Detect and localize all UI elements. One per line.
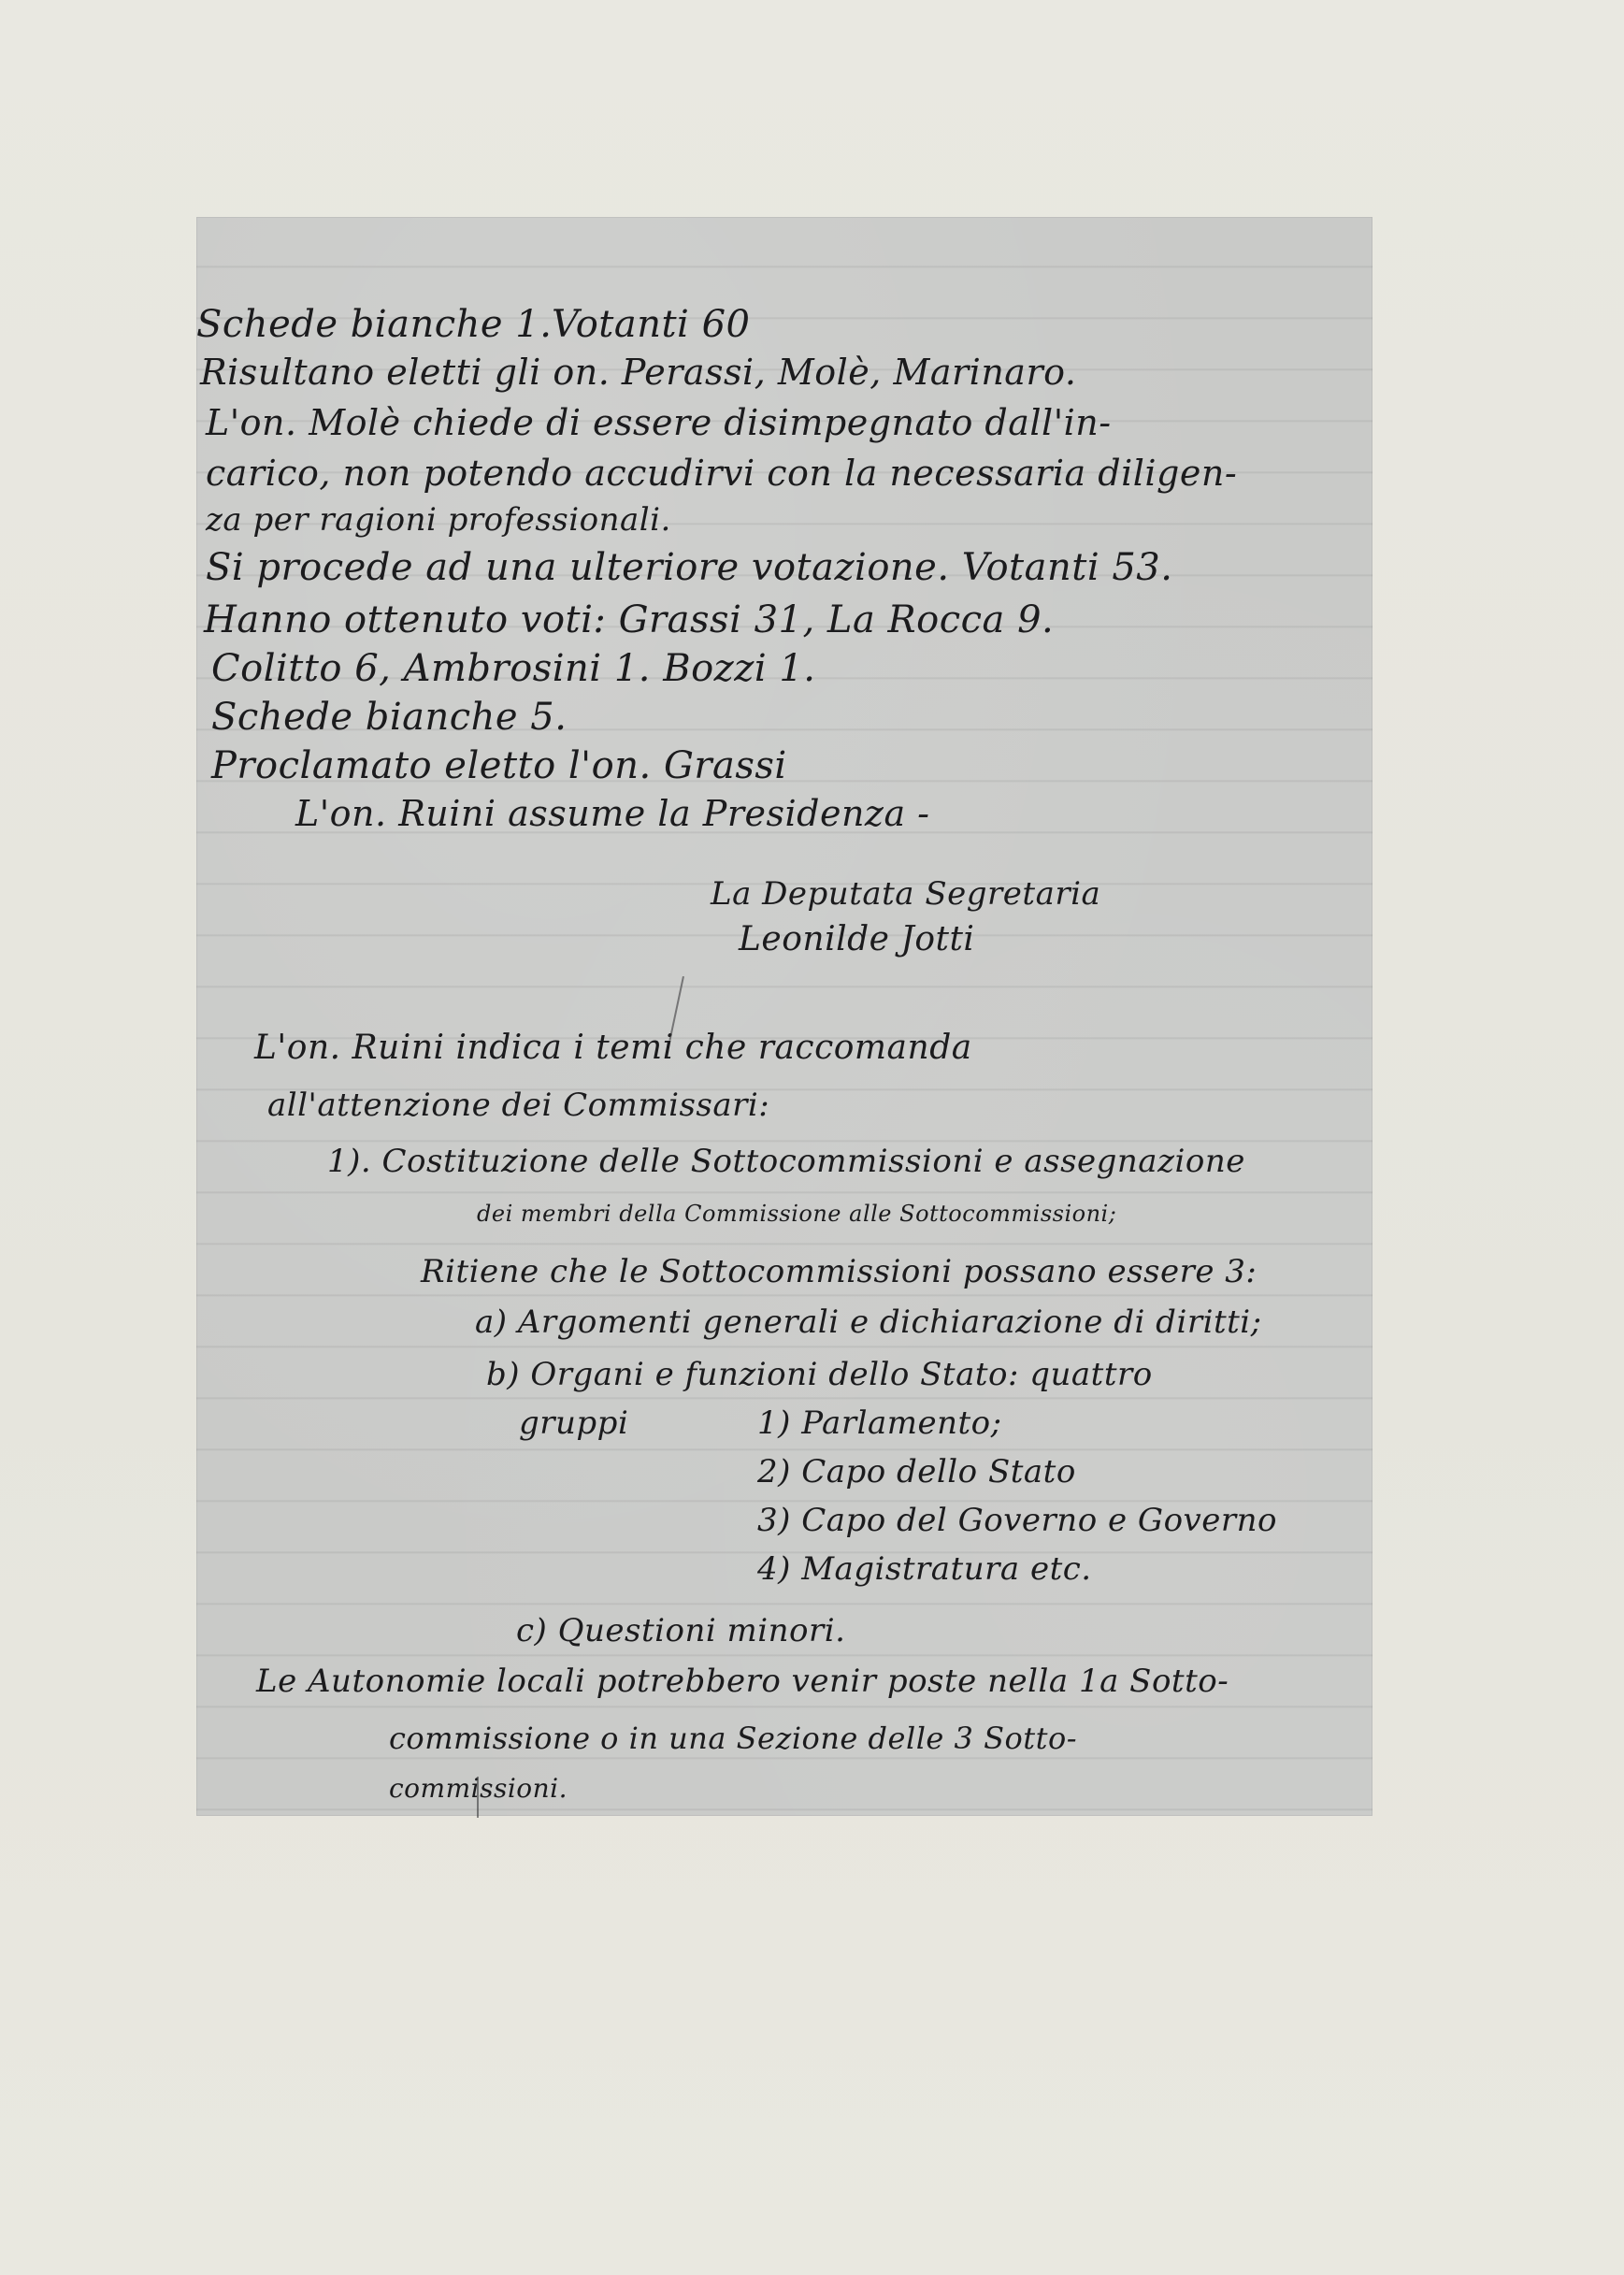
- agenda-subitem: b) Organi e funzioni dello Stato: quattr…: [486, 1356, 1153, 1393]
- minutes-line: Proclamato eletto l'on. Grassi: [211, 744, 787, 787]
- minutes-line: Hanno ottenuto voti: Grassi 31, La Rocca…: [204, 598, 1054, 641]
- minutes-line: carico, non potendo accudirvi con la nec…: [206, 453, 1237, 494]
- minutes-line: Si procede ad una ulteriore votazione. V…: [206, 546, 1172, 589]
- minutes-line: L'on. Ruini assume la Presidenza -: [295, 793, 930, 834]
- minutes-line: za per ragioni professionali.: [206, 501, 671, 539]
- book-page: Schede bianche 1. Votanti 60 Risultano e…: [0, 0, 1624, 2275]
- agenda-item-continued: dei membri della Commissione alle Sottoc…: [477, 1201, 1116, 1227]
- group-item: 4) Magistratura etc.: [757, 1550, 1092, 1588]
- minutes-line: L'on. Molè chiede di essere disimpegnato…: [206, 402, 1112, 443]
- handwritten-document-photo: Schede bianche 1. Votanti 60 Risultano e…: [196, 217, 1372, 1816]
- signature-title: La Deputata Segretaria: [711, 875, 1100, 913]
- minutes-line: Risultano eletti gli on. Perassi, Molè, …: [200, 352, 1076, 393]
- agenda-intro: all'attenzione dei Commissari:: [267, 1087, 769, 1124]
- votes-count: Votanti 60: [552, 303, 750, 346]
- agenda-closing: commissione o in una Sezione delle 3 Sot…: [389, 1721, 1077, 1756]
- minutes-line: Colitto 6, Ambrosini 1. Bozzi 1.: [211, 647, 816, 690]
- minutes-line: Schede bianche 5.: [211, 696, 567, 739]
- agenda-subitem: c) Questioni minori.: [516, 1612, 845, 1649]
- group-item: 1) Parlamento;: [757, 1404, 1002, 1442]
- stray-pen-mark: [477, 1777, 479, 1818]
- agenda-item: 1). Costituzione delle Sottocommissioni …: [327, 1143, 1245, 1180]
- group-item: 3) Capo del Governo e Governo: [757, 1502, 1277, 1539]
- agenda-closing: Le Autonomie locali potrebbero venir pos…: [256, 1663, 1229, 1700]
- groups-label: gruppi: [519, 1404, 628, 1442]
- minutes-line: Schede bianche 1.: [196, 303, 552, 346]
- group-item: 2) Capo dello Stato: [757, 1453, 1076, 1490]
- agenda-intro: L'on. Ruini indica i temi che raccomanda: [254, 1029, 972, 1067]
- agenda-note: Ritiene che le Sottocommissioni possano …: [421, 1253, 1257, 1290]
- agenda-subitem: a) Argomenti generali e dichiarazione di…: [475, 1303, 1262, 1341]
- signature-name: Leonilde Jotti: [739, 920, 974, 958]
